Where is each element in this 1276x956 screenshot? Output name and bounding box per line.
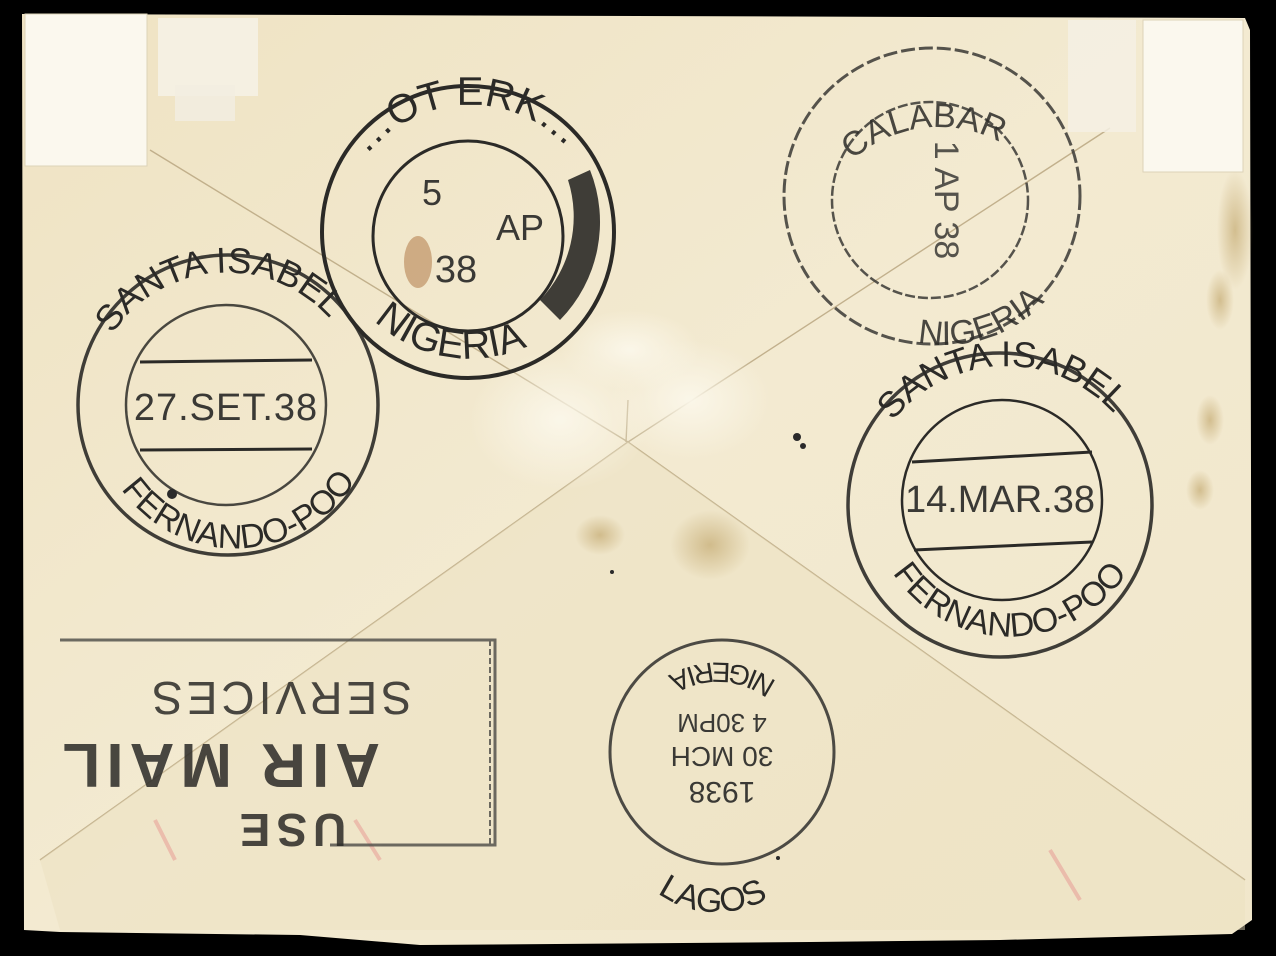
svg-text:SERVICES: SERVICES [148,672,412,724]
envelope-back: 27.SET.38 SANTA ISABEL FERNANDO-POO 5 AP… [0,0,1276,956]
hinge-remnant-left [25,14,147,166]
svg-text:1938: 1938 [689,775,756,808]
svg-text:4 30PM: 4 30PM [677,708,767,738]
postmark-date: 27.SET.38 [134,387,318,429]
svg-text:1 AP 38: 1 AP 38 [927,141,965,260]
svg-text:AIR MAIL: AIR MAIL [56,730,380,799]
svg-text:38: 38 [435,249,477,291]
svg-text:AP: AP [496,207,544,248]
svg-text:30 MCH: 30 MCH [671,741,774,772]
hinge-remnant-right [1143,20,1243,172]
svg-text:5: 5 [422,172,442,213]
postmark-date: 14.MAR.38 [905,479,1095,521]
svg-text:USE: USE [234,804,347,856]
photo-background: 27.SET.38 SANTA ISABEL FERNANDO-POO 5 AP… [0,0,1276,956]
